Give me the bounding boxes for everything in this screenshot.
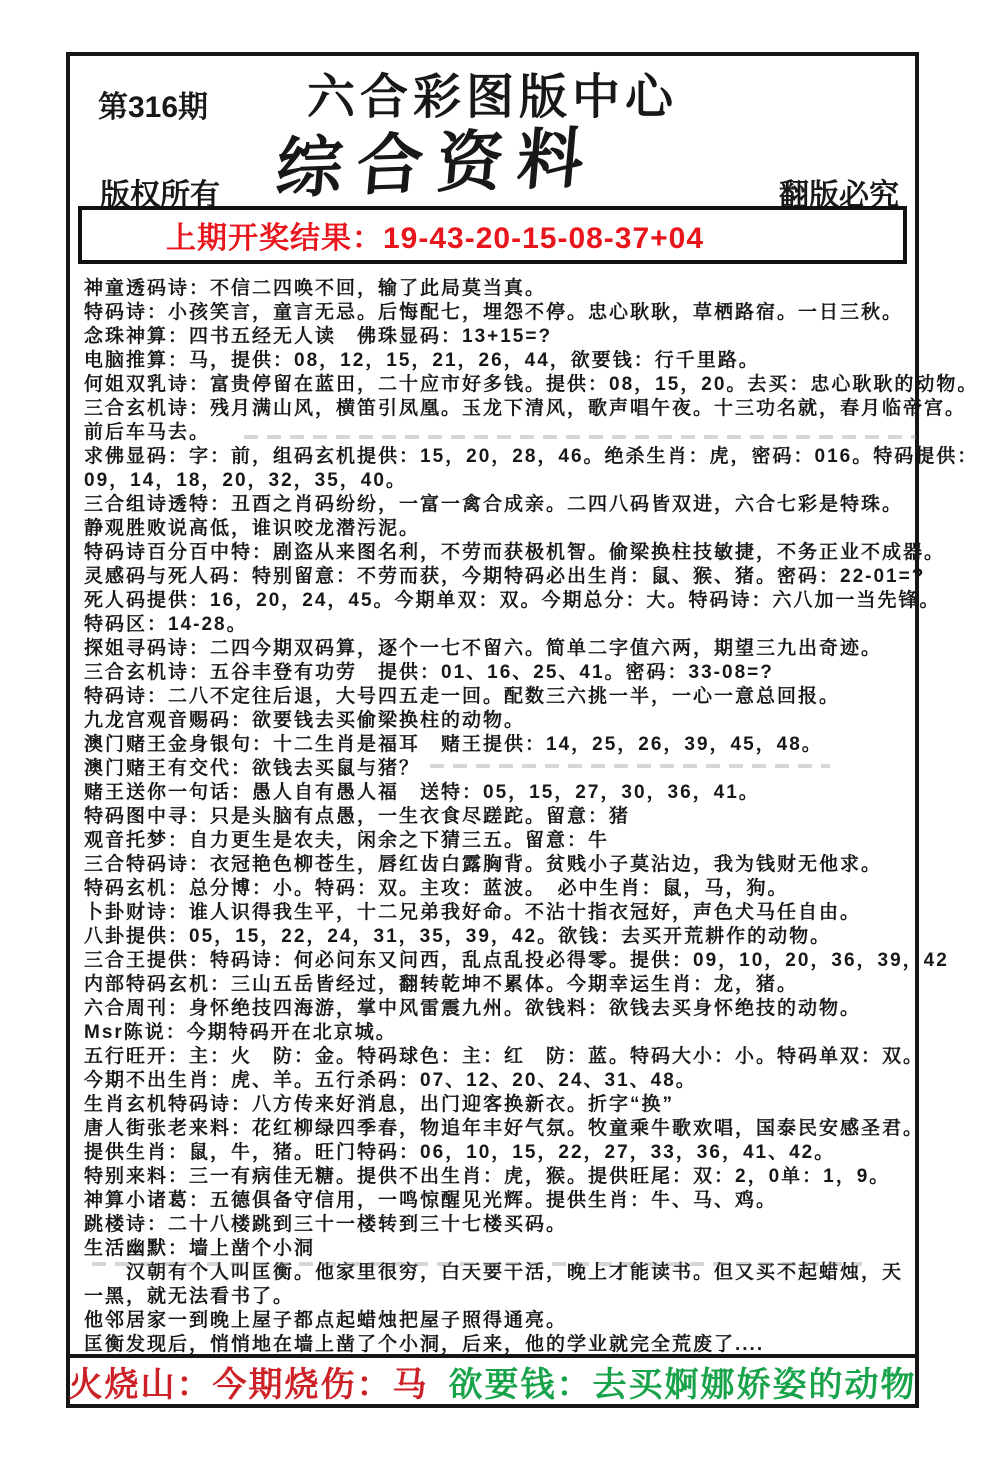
body-line: 特码诗百分百中特：剧盗从来图名利，不劳而获极机智。偷梁换柱技敏捷，不务正业不成器… <box>84 541 909 565</box>
body-line: 特码玄机：总分博：小。特码：双。主攻：蓝波。 必中生肖：鼠，马，狗。 <box>84 877 909 901</box>
body-line: 特别来料：三一有病佳无糖。提供不出生肖：虎，猴。提供旺尾：双：2，0单：1，9。 <box>84 1165 909 1189</box>
body-line: 内部特码玄机：三山五岳皆经过，翻转乾坤不累体。今期幸运生肖：龙，猪。 <box>84 973 909 997</box>
body-line: Msr陈说：今期特码开在北京城。 <box>84 1021 909 1045</box>
body-line: 澳门赌王金身银句：十二生肖是福耳 赌王提供：14，25，26，39，45，48。 <box>84 733 909 757</box>
body-line: 何姐双乳诗：富贵停留在蓝田，二十应市好多钱。提供：08，15，20。去买：忠心耿… <box>84 373 909 397</box>
scan-artifact <box>244 435 916 439</box>
body-line: 静观胜败说高低，谁识咬龙潜污泥。 <box>84 517 909 541</box>
body-line: 神算小诸葛：五德俱备守信用，一鸣惊醒见光辉。提供生肖：牛、马、鸡。 <box>84 1189 909 1213</box>
body-line: 今期不出生肖：虎、羊。五行杀码：07、12、20、24、31、48。 <box>84 1069 909 1093</box>
body-line: 电脑推算：马，提供：08，12，15，21，26，44，欲要钱：行千里路。 <box>84 349 909 373</box>
footer-red-text: 火烧山：今期烧伤：马 <box>69 1357 429 1406</box>
body-line: 六合周刊：身怀绝技四海游，掌中风雷震九州。欲钱料：欲钱去买身怀绝技的动物。 <box>84 997 909 1021</box>
result-label: 上期开奖结果： <box>166 222 383 255</box>
body-line: 三合特码诗：衣冠艳色柳苍生，唇红齿白露胸背。贫贱小子莫沾边，我为钱财无他求。 <box>84 853 909 877</box>
scan-artifact <box>92 1262 862 1266</box>
result-box: 上期开奖结果：19-43-20-15-08-37+04 <box>78 206 907 264</box>
body-line: 特码区：14-28。 <box>84 613 909 637</box>
body-line: 三合玄机诗：残月满山风，横笛引凤凰。玉龙下清风，歌声唱午夜。十三功名就，春月临帝… <box>84 397 909 421</box>
body-line: 澳门赌王有交代：欲钱去买鼠与猪？ <box>84 757 909 781</box>
body-line: 生活幽默：墙上凿个小洞 <box>84 1237 909 1261</box>
result-text: 上期开奖结果：19-43-20-15-08-37+04 <box>166 213 704 257</box>
body-line: 九龙宫观音赐码：欲要钱去买偷梁换柱的动物。 <box>84 709 909 733</box>
body-line: 他邻居家一到晚上屋子都点起蜡烛把屋子照得通亮。 <box>84 1309 909 1333</box>
body-line: 卜卦财诗：谁人识得我生平，十二兄弟我好命。不沾十指衣冠好，声色犬马任自由。 <box>84 901 909 925</box>
body-line: 跳楼诗：二十八楼跳到三十一楼转到三十七楼买码。 <box>84 1213 909 1237</box>
body-line: 生肖玄机特码诗：八方传来好消息，出门迎客换新衣。折字“换” <box>84 1093 909 1117</box>
footer-strip: 火烧山：今期烧伤：马 欲要钱：去买婀娜娇姿的动物 <box>70 1354 915 1404</box>
body-line: 唐人街张老来料：花红柳绿四季春，物追年丰好气氛。牧童乘牛歌欢唱，国泰民安感圣君。 <box>84 1117 909 1141</box>
body-line: 灵感码与死人码：特别留意：不劳而获，今期特码必出生肖：鼠、猴、猪。密码：22-0… <box>84 565 909 589</box>
page-frame: 第316期 六合彩图版中心 综合资料 版权所有 翻版必究 上期开奖结果：19-4… <box>66 52 919 1408</box>
body-line: 观音托梦：自力更生是农夫，闲余之下猜三五。留意：牛 <box>84 829 909 853</box>
body-line: 神童透码诗：不信二四唤不回，输了此局莫当真。 <box>84 277 909 301</box>
body-line: 09，14，18，20，32，35，40。 <box>84 469 909 493</box>
body-line: 死人码提供：16，20，24，45。今期单双：双。今期总分：大。特码诗：六八加一… <box>84 589 909 613</box>
body-line: 特码诗：二八不定往后退，大号四五走一回。配数三六挑一半，一心一意总回报。 <box>84 685 909 709</box>
body-line: 三合组诗透特：丑酉之肖码纷纷，一富一禽合成亲。二四八码皆双进，六合七彩是特珠。 <box>84 493 909 517</box>
footer-green-text: 欲要钱：去买婀娜娇姿的动物 <box>449 1357 917 1406</box>
body-text: 神童透码诗：不信二四唤不回，输了此局莫当真。特码诗：小孩笑言，童言无忌。后悔配七… <box>84 277 909 1357</box>
body-line: 前后车马去。 <box>84 421 909 445</box>
body-line: 五行旺开：主：火 防：金。特码球色：主：红 防：蓝。特码大小：小。特码单双：双。 <box>84 1045 909 1069</box>
body-line: 三合玄机诗：五谷丰登有功劳 提供：01、16、25、41。密码：33-08=? <box>84 661 909 685</box>
body-line: 一黑，就无法看书了。 <box>84 1285 909 1309</box>
body-line: 提供生肖：鼠，牛，猪。旺门特码：06，10，15，22，27，33，36，41、… <box>84 1141 909 1165</box>
body-line: 赌王送你一句话：愚人自有愚人福 送特：05，15，27，30，36，41。 <box>84 781 909 805</box>
body-line: 特码图中寻：只是头脑有点愚，一生衣食尽蹉跎。留意：猪 <box>84 805 909 829</box>
result-numbers: 19-43-20-15-08-37+04 <box>383 222 704 255</box>
page: 第316期 六合彩图版中心 综合资料 版权所有 翻版必究 上期开奖结果：19-4… <box>0 0 984 1457</box>
body-line: 求佛显码：字：前，组码玄机提供：15，20，28，46。绝杀生肖：虎，密码：01… <box>84 445 909 469</box>
body-line: 念珠神算：四书五经无人读 佛珠显码：13+15=? <box>84 325 909 349</box>
body-line: 八卦提供：05，15，22，24，31，35，39，42。欲钱：去买开荒耕作的动… <box>84 925 909 949</box>
scan-artifact <box>430 764 830 768</box>
body-line: 三合王提供：特码诗：何必问东又问西，乱点乱投必得零。提供：09，10，20，36… <box>84 949 909 973</box>
body-line: 探姐寻码诗：二四今期双码算，逐个一七不留六。简单二字值六两，期望三九出奇迹。 <box>84 637 909 661</box>
body-line: 特码诗：小孩笑言，童言无忌。后悔配七，埋怨不停。忠心耿耿，草栖路宿。一日三秋。 <box>84 301 909 325</box>
